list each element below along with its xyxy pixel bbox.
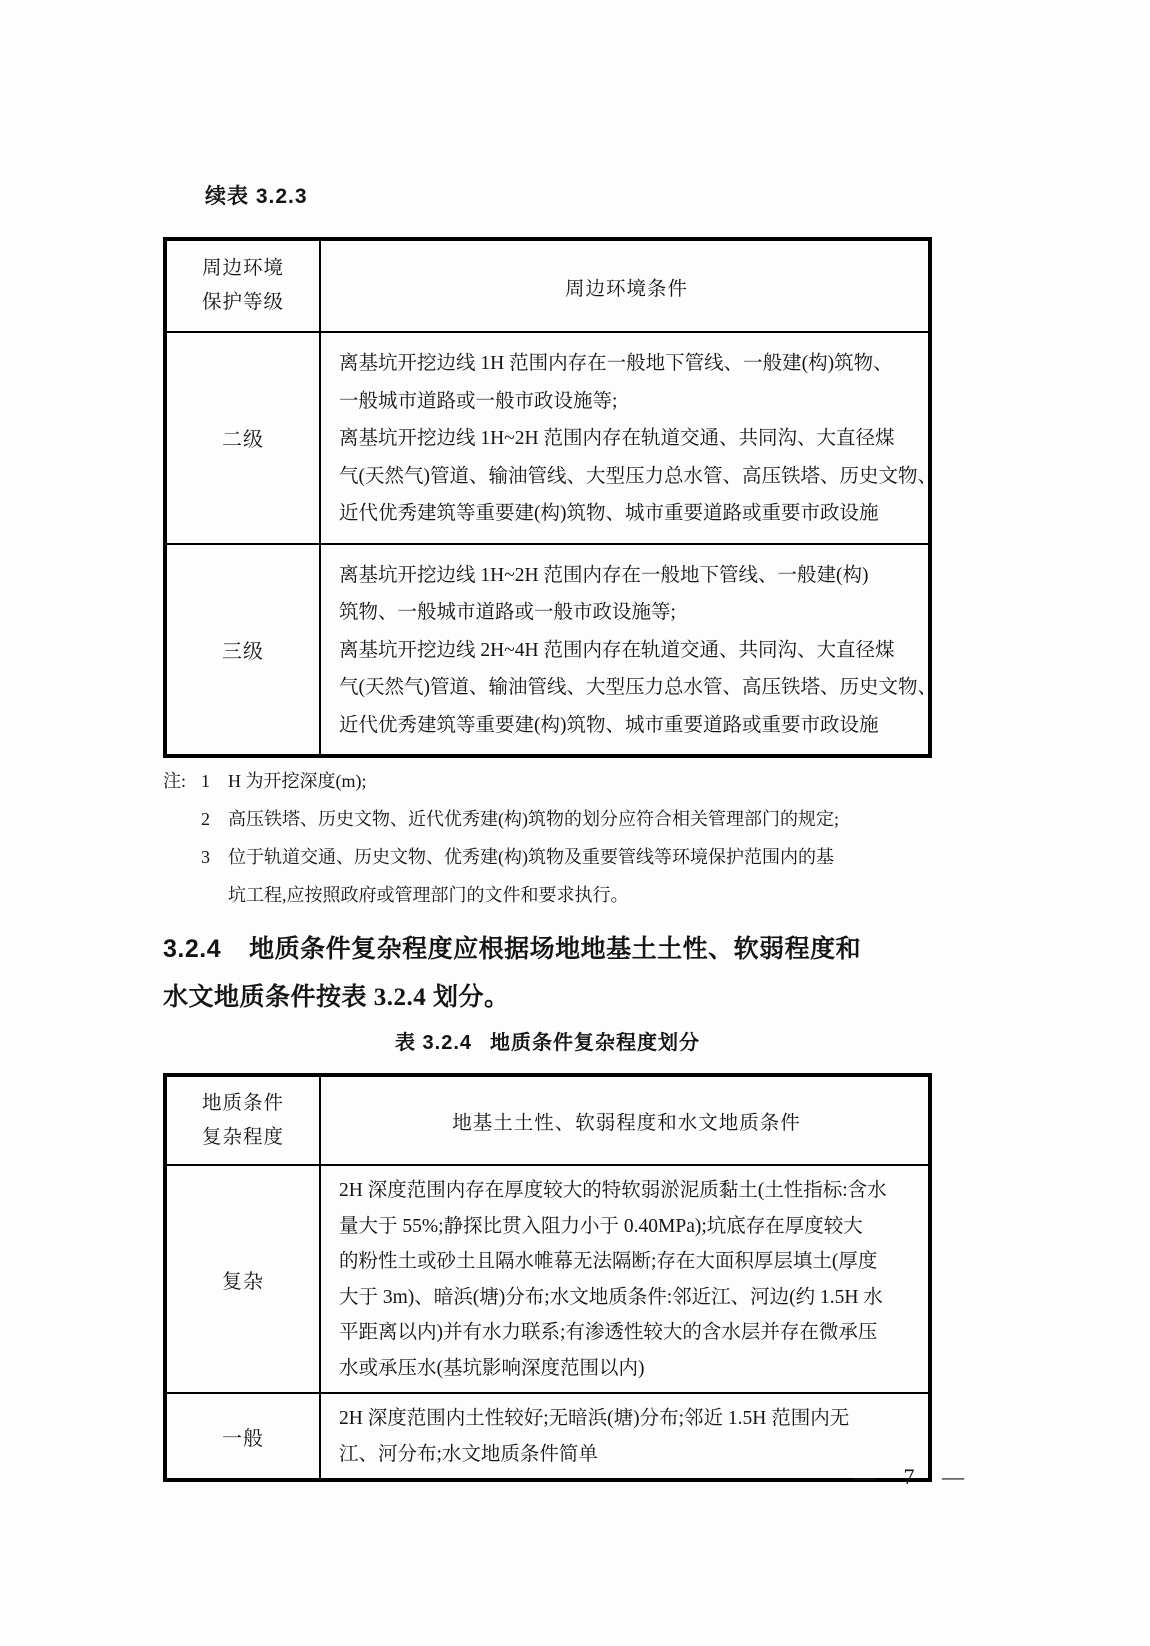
table-3-2-3: 周边环境 保护等级 周边环境条件 二级 离基坑开挖边线 1H 范围内存在一般地下… [163,237,932,758]
table-row: 二级 离基坑开挖边线 1H 范围内存在一般地下管线、一般建(构)筑物、 一般城市… [165,332,930,544]
header-cell-geology-complexity: 地质条件 复杂程度 [165,1075,320,1165]
note-item: 注: 1 H 为开挖深度(m); [163,762,953,800]
condition-line: 近代优秀建筑等重要建(构)筑物、城市重要道路或重要市政设施 [339,707,914,745]
condition-line: 大于 3m)、暗浜(塘)分布;水文地质条件:邻近江、河边(约 1.5H 水 [339,1280,914,1316]
clause-text: 地质条件复杂程度应根据场地地基土土性、软弱程度和 [249,936,861,963]
clause-number: 3.2.4 [163,935,221,963]
condition-line: 离基坑开挖边线 2H~4H 范围内存在轨道交通、共同沟、大直径煤 [339,632,914,670]
condition-line: 气(天然气)管道、输油管线、大型压力总水管、高压铁塔、历史文物、 [339,669,914,707]
condition-line: 2H 深度范围内土性较好;无暗浜(塘)分布;邻近 1.5H 范围内无 [339,1401,914,1437]
condition-line: 一般城市道路或一般市政设施等; [339,383,914,421]
clause-line: 水文地质条件按表 3.2.4 划分。 [163,974,953,1022]
note-line: 高压铁塔、历史文物、近代优秀建(构)筑物的划分应符合相关管理部门的规定; [228,800,953,838]
note-item: 3 位于轨道交通、历史文物、优秀建(构)筑物及重要管线等环境保护范围内的基 坑工… [163,838,953,914]
clause-line: 3.2.4地质条件复杂程度应根据场地地基土土性、软弱程度和 [163,925,953,974]
clause-3-2-4: 3.2.4地质条件复杂程度应根据场地地基土土性、软弱程度和 水文地质条件按表 3… [163,925,953,1022]
condition-line: 2H 深度范围内存在厚度较大的特软弱淤泥质黏土(土性指标:含水 [339,1173,914,1209]
table-row: 复杂 2H 深度范围内存在厚度较大的特软弱淤泥质黏土(土性指标:含水 量大于 5… [165,1165,930,1393]
header-line: 复杂程度 [168,1121,318,1155]
table-title-number: 表 3.2.4 [395,1032,472,1054]
table-3-2-4-title: 表 3.2.4地质条件复杂程度划分 [163,1026,932,1055]
level-cell: 二级 [165,332,320,544]
condition-cell: 离基坑开挖边线 1H 范围内存在一般地下管线、一般建(构)筑物、 一般城市道路或… [320,332,930,544]
note-number: 1 [201,762,210,800]
condition-cell: 离基坑开挖边线 1H~2H 范围内存在一般地下管线、一般建(构) 筑物、一般城市… [320,544,930,757]
condition-line: 的粉性土或砂土且隔水帷幕无法隔断;存在大面积厚层填土(厚度 [339,1244,914,1280]
note-label: 注: [163,762,186,800]
condition-line: 离基坑开挖边线 1H~2H 范围内存在一般地下管线、一般建(构) [339,557,914,595]
condition-line: 水或承压水(基坑影响深度范围以内) [339,1351,914,1387]
condition-line: 筑物、一般城市道路或一般市政设施等; [339,594,914,632]
level-cell: 三级 [165,544,320,757]
page-number: — 7 — [854,1464,964,1490]
table-notes: 注: 1 H 为开挖深度(m); 2 高压铁塔、历史文物、近代优秀建(构)筑物的… [163,762,953,914]
header-line: 保护等级 [168,286,318,320]
table-3-2-4: 地质条件 复杂程度 地基土土性、软弱程度和水文地质条件 复杂 2H 深度范围内存… [163,1073,932,1482]
table-header-row: 地质条件 复杂程度 地基土土性、软弱程度和水文地质条件 [165,1075,930,1165]
condition-line: 平距离以内)并有水力联系;有渗透性较大的含水层并存在微承压 [339,1315,914,1351]
table-title-text: 地质条件复杂程度划分 [490,1032,700,1054]
note-line: 坑工程,应按照政府或管理部门的文件和要求执行。 [228,876,953,914]
condition-line: 江、河分布;水文地质条件简单 [339,1437,914,1473]
note-number: 3 [201,838,210,876]
header-line: 地质条件 [168,1087,318,1121]
condition-cell: 2H 深度范围内存在厚度较大的特软弱淤泥质黏土(土性指标:含水 量大于 55%;… [320,1165,930,1393]
header-cell-environment-condition: 周边环境条件 [320,239,930,332]
level-cell: 复杂 [165,1165,320,1393]
condition-line: 量大于 55%;静探比贯入阻力小于 0.40MPa);坑底存在厚度较大 [339,1209,914,1245]
continued-table-label: 续表 3.2.3 [205,180,308,210]
condition-cell: 2H 深度范围内土性较好;无暗浜(塘)分布;邻近 1.5H 范围内无 江、河分布… [320,1393,930,1480]
condition-line: 离基坑开挖边线 1H~2H 范围内存在轨道交通、共同沟、大直径煤 [339,420,914,458]
page-number-value: 7 [904,1464,915,1490]
note-number: 2 [201,800,210,838]
table-row: 一般 2H 深度范围内土性较好;无暗浜(塘)分布;邻近 1.5H 范围内无 江、… [165,1393,930,1480]
condition-line: 离基坑开挖边线 1H 范围内存在一般地下管线、一般建(构)筑物、 [339,345,914,383]
table-header-row: 周边环境 保护等级 周边环境条件 [165,239,930,332]
table-row: 三级 离基坑开挖边线 1H~2H 范围内存在一般地下管线、一般建(构) 筑物、一… [165,544,930,757]
condition-line: 近代优秀建筑等重要建(构)筑物、城市重要道路或重要市政设施 [339,495,914,533]
header-cell-protection-grade: 周边环境 保护等级 [165,239,320,332]
document-page: 续表 3.2.3 周边环境 保护等级 周边环境条件 二级 离基坑开挖边线 1H … [0,0,1150,1646]
page-number-dash-left: — [854,1464,876,1490]
page-number-dash-right: — [942,1464,964,1490]
condition-line: 气(天然气)管道、输油管线、大型压力总水管、高压铁塔、历史文物、 [339,458,914,496]
header-line: 周边环境 [168,252,318,286]
note-line: 位于轨道交通、历史文物、优秀建(构)筑物及重要管线等环境保护范围内的基 [228,838,953,876]
level-cell: 一般 [165,1393,320,1480]
note-item: 2 高压铁塔、历史文物、近代优秀建(构)筑物的划分应符合相关管理部门的规定; [163,800,953,838]
header-cell-soil-condition: 地基土土性、软弱程度和水文地质条件 [320,1075,930,1165]
note-line: H 为开挖深度(m); [228,762,953,800]
